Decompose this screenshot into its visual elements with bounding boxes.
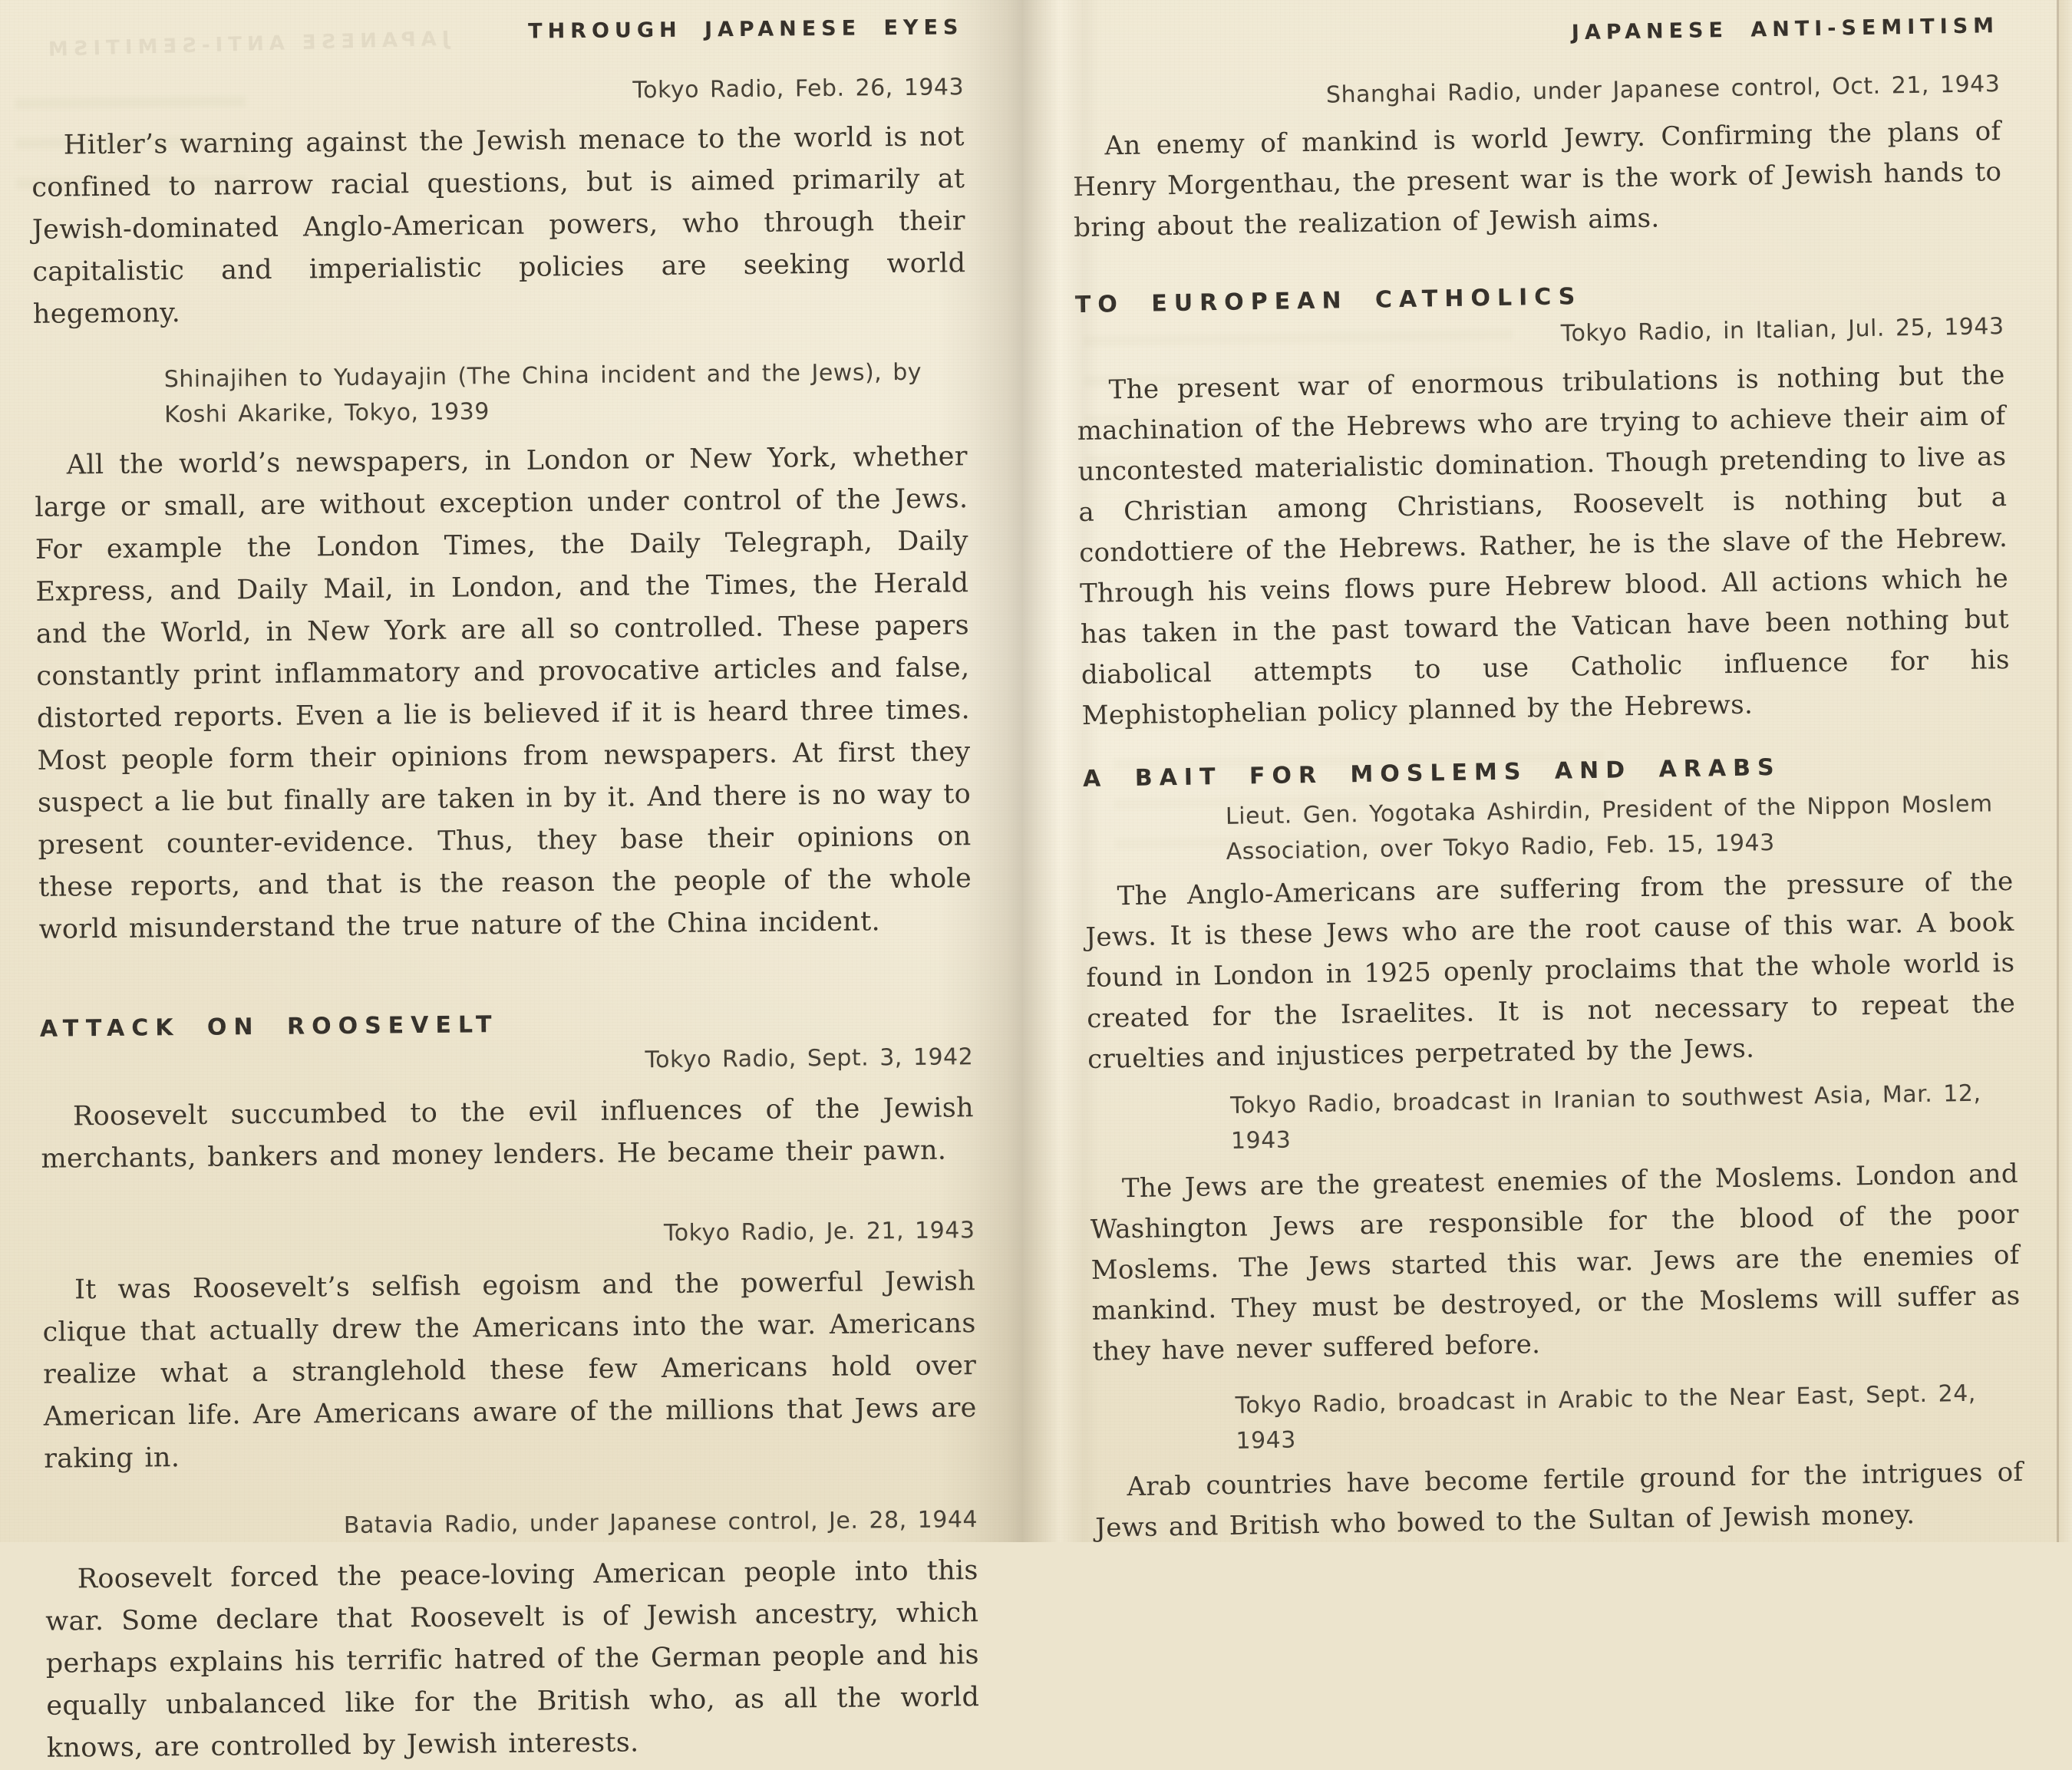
citation-yogotaka-ashirdin: Lieut. Gen. Yogotaka Ashirdin, President… [1226, 786, 2013, 870]
left-running-head: THROUGH JAPANESE EYES [30, 15, 963, 48]
paragraph-enemy-of-mankind: An enemy of mankind is world Jewry. Conf… [1072, 111, 2002, 249]
paragraph-present-war-tribulations: The present war of enormous tribulations… [1076, 355, 2011, 737]
citation-batavia-radio: Batavia Radio, under Japanese control, J… [45, 1502, 978, 1542]
paragraph-worlds-newspapers: All the world’s newspapers, in London or… [35, 436, 972, 951]
section-heading-bait-for-moslems-arabs: A BAIT FOR MOSLEMS AND ARABS [1083, 750, 2011, 793]
book-spread: JAPANESE ANTI-SEMITISM THROUGH JAPANESE … [0, 0, 2072, 1542]
citation-tokyo-feb-26-1943: Tokyo Radio, Feb. 26, 1943 [31, 70, 964, 114]
left-page-content: JAPANESE ANTI-SEMITISM THROUGH JAPANESE … [30, 15, 980, 1542]
paragraph-roosevelts-egoism: It was Roosevelt’s selfish egoism and th… [42, 1261, 978, 1481]
citation-tokyo-arabic-sept-24-1943: Tokyo Radio, broadcast in Arabic to the … [1235, 1376, 2022, 1459]
left-page: JAPANESE ANTI-SEMITISM THROUGH JAPANESE … [0, 0, 1011, 1542]
right-page: JAPANESE ANTI-SEMITISM Shanghai Radio, u… [1011, 0, 2072, 1542]
paragraph-jews-greatest-enemies: The Jews are the greatest enemies of the… [1090, 1154, 2021, 1373]
citation-tokyo-italian-jul-25-1943: Tokyo Radio, in Italian, Jul. 25, 1943 [1075, 309, 2004, 360]
citation-shanghai-radio: Shanghai Radio, under Japanese control, … [1071, 67, 2001, 117]
right-running-head: JAPANESE ANTI-SEMITISM [1071, 14, 1999, 53]
section-heading-attack-on-roosevelt: ATTACK ON ROOSEVELT [40, 1007, 973, 1043]
citation-tokyo-je-21-1943: Tokyo Radio, Je. 21, 1943 [41, 1213, 975, 1257]
citation-tokyo-iranian-mar-12-1943: Tokyo Radio, broadcast in Iranian to sou… [1230, 1076, 2018, 1159]
paragraph-hitlers-warning: Hitler’s warning against the Jewish mena… [31, 116, 967, 336]
citation-tokyo-sept-3-1942: Tokyo Radio, Sept. 3, 1942 [40, 1040, 973, 1084]
right-page-content: JAPANESE ANTI-SEMITISM Shanghai Radio, u… [1071, 14, 2024, 1542]
paragraph-anglo-americans-suffering: The Anglo-Americans are suffering from t… [1084, 862, 2016, 1080]
paragraph-arab-countries: Arab countries have become fertile groun… [1094, 1452, 2024, 1542]
paragraph-roosevelt-succumbed: Roosevelt succumbed to the evil influenc… [41, 1087, 975, 1181]
citation-shinajihen: Shinajihen to Yudayajin (The China incid… [164, 354, 968, 433]
